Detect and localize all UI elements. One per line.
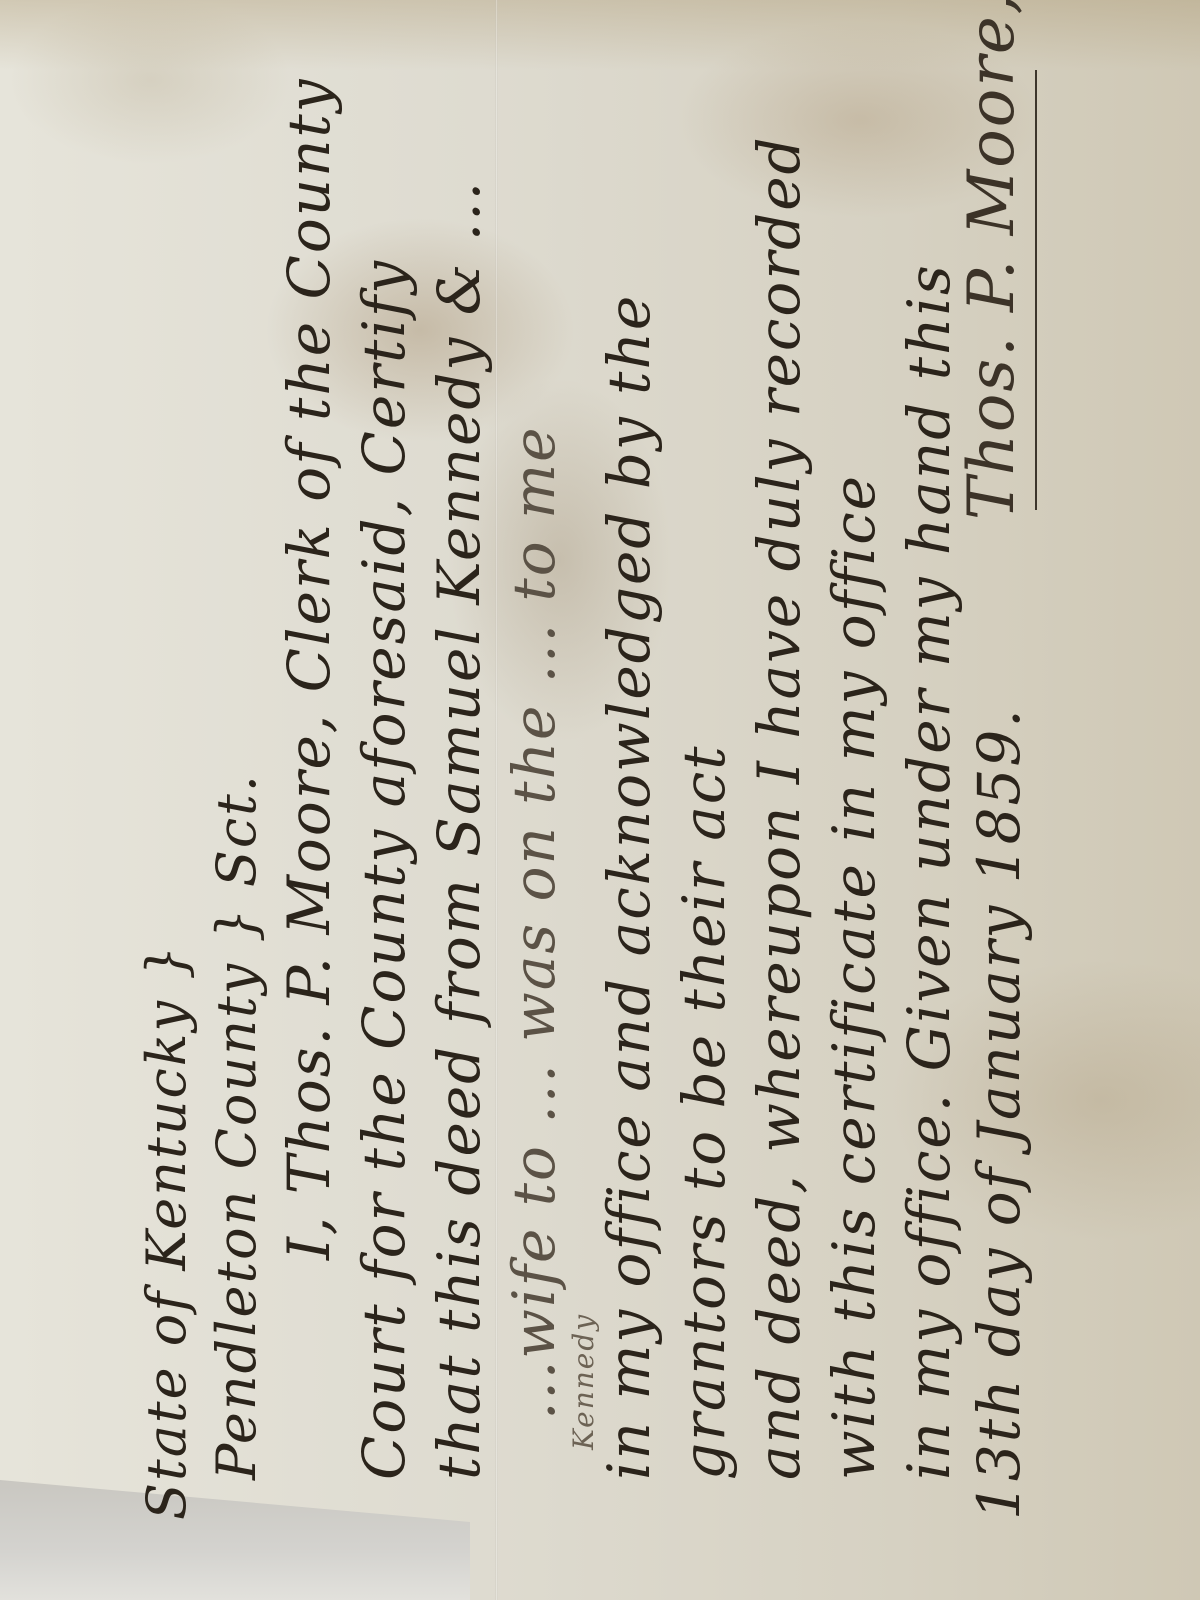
heading-county-line: Pendleton County } Sct. (210, 773, 264, 1480)
signature-underline (1035, 70, 1037, 510)
body-line-1: I, Thos. P. Moore, Clerk of the County (280, 77, 338, 1260)
body-line-7: and deed, whereupon I have duly recorded (750, 135, 808, 1480)
body-line-6: grantors to be their act (675, 744, 733, 1480)
body-line-3: that this deed from Samuel Kennedy & ... (430, 180, 488, 1480)
body-line-9: in my office. Given under my hand this (900, 263, 958, 1480)
heading-state-line: State of Kentucky } (140, 944, 194, 1520)
handwritten-certificate: State of Kentucky } Pendleton County } S… (130, 40, 1030, 1520)
body-line-2: Court for the County aforesaid, Certify (355, 259, 413, 1480)
clerk-signature: Thos. P. Moore, Clk (960, 0, 1024, 520)
body-line-5: in my office and acknowledged by the (600, 294, 658, 1480)
body-line-10: 13th day of January 1859. (970, 707, 1028, 1520)
interlinear-note-1: Kennedy (570, 1313, 598, 1450)
body-line-8: with this certificate in my office (825, 474, 883, 1480)
body-line-4: ...wife to ... was on the ... to me (505, 426, 563, 1420)
